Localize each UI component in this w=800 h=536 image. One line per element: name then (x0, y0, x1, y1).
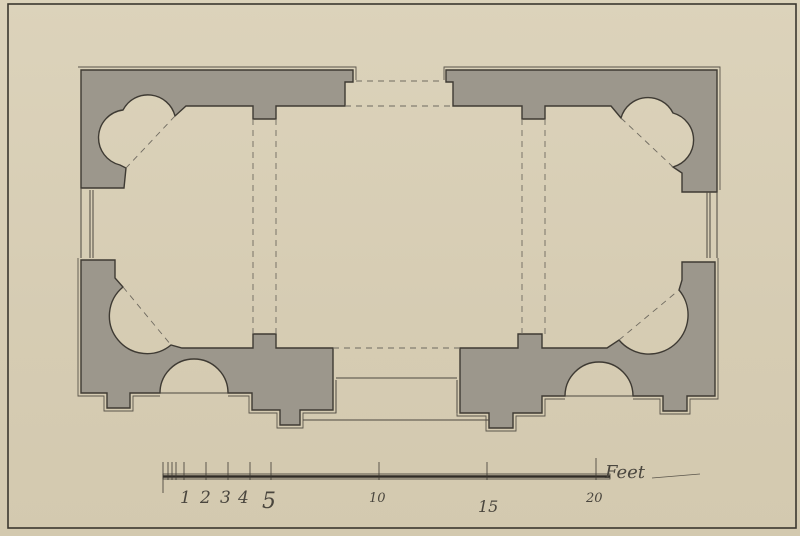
scale-tick-2: 2 (199, 488, 211, 508)
wall-bottom-left (78, 258, 336, 428)
scale-unit-label: Feet (604, 462, 646, 483)
wall-top-left (78, 67, 356, 258)
wall-bottom-right (457, 258, 718, 431)
drawing-sheet: 1 2 3 4 5 10 15 20 Feet (0, 0, 800, 536)
scale-tick-1: 1 (180, 488, 191, 508)
scale-tick-3: 3 (220, 488, 231, 508)
scale-tick-15: 15 (478, 497, 498, 516)
scale-tick-4: 4 (237, 488, 249, 508)
vault-lines-dashed (123, 116, 679, 348)
scale-tick-10: 10 (369, 491, 386, 506)
floor-plan-drawing: 1 2 3 4 5 10 15 20 Feet (0, 0, 800, 536)
scale-bar[interactable]: 1 2 3 4 5 10 15 20 Feet (163, 458, 700, 516)
scale-tick-20: 20 (585, 491, 603, 506)
wall-top-right (444, 67, 720, 258)
scale-tick-5: 5 (262, 489, 276, 514)
top-niche-dashed (345, 81, 453, 106)
